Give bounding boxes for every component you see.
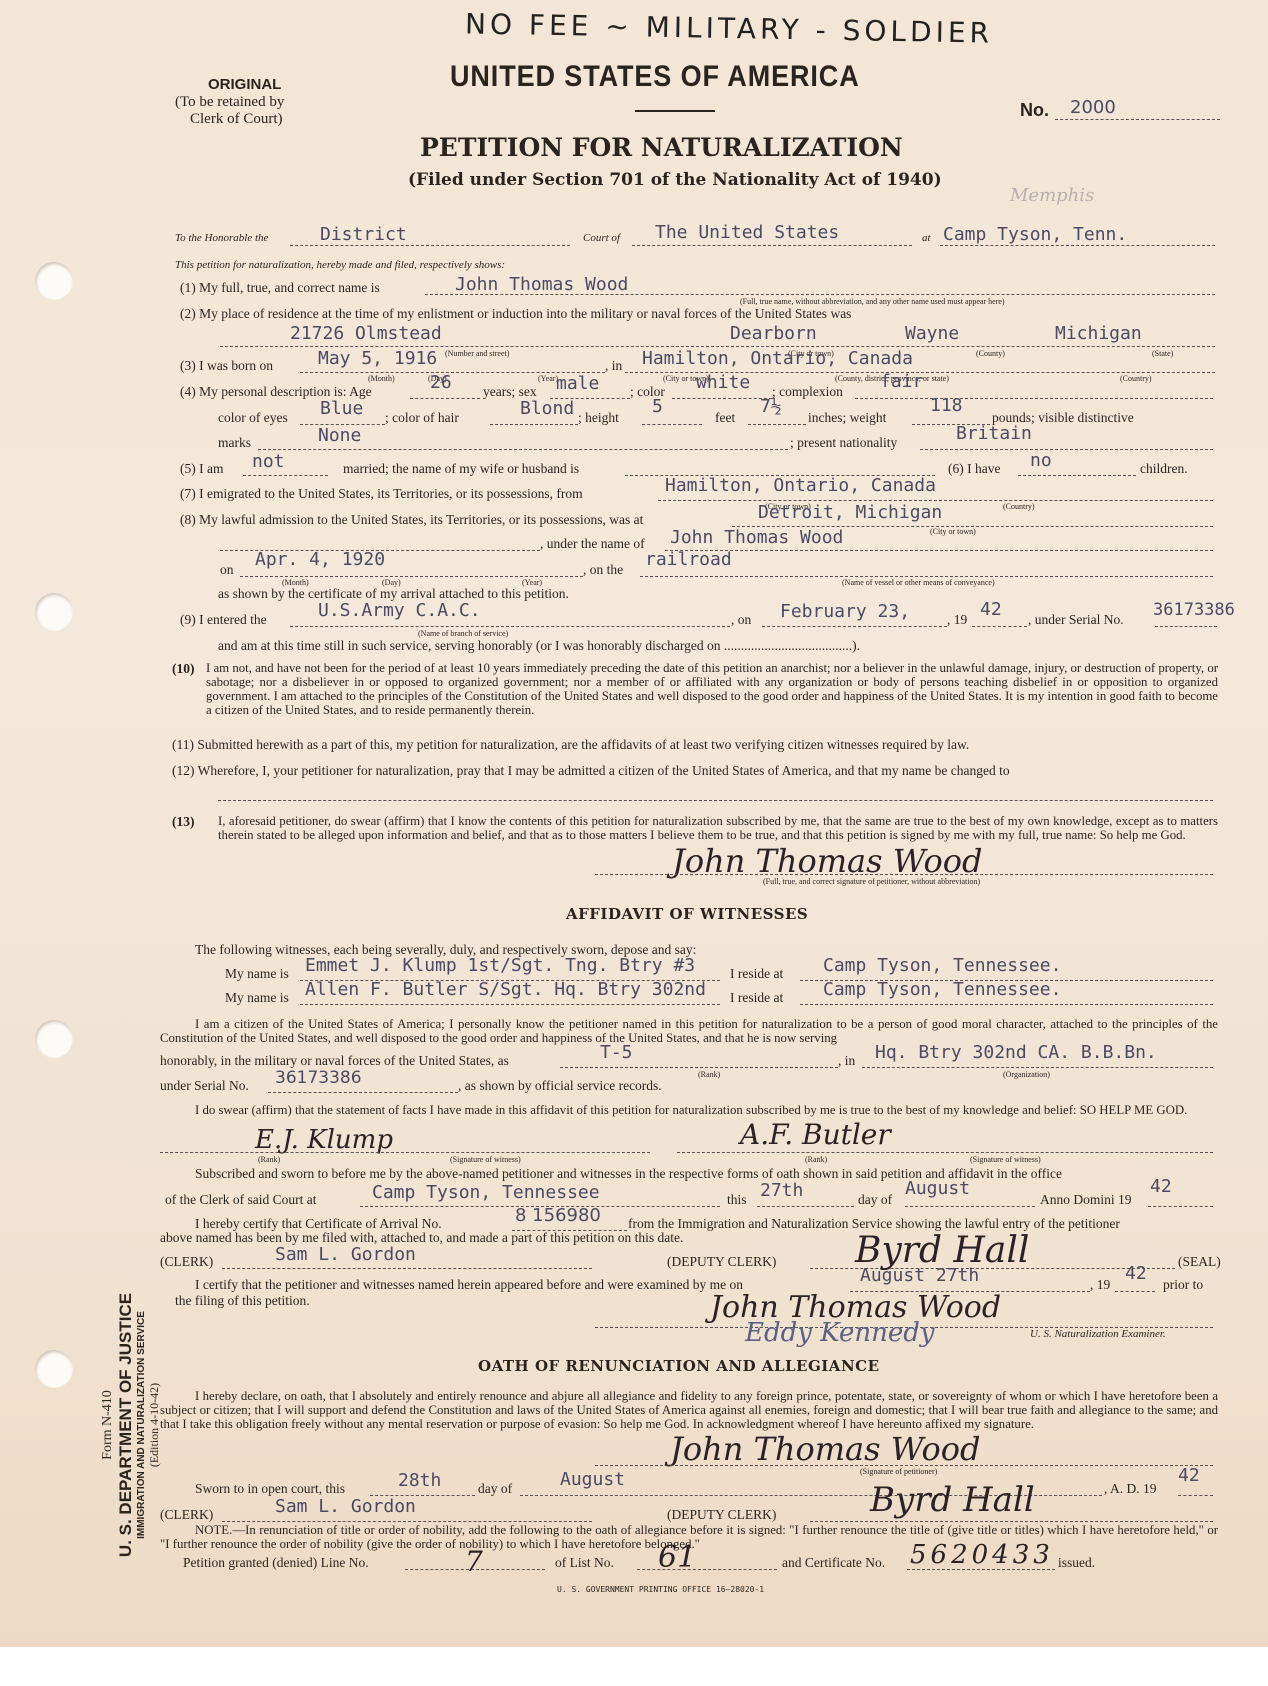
item8-name-line bbox=[665, 550, 1213, 551]
item7-line bbox=[658, 500, 1213, 501]
organization-line bbox=[862, 1067, 1213, 1068]
witness2-signature-line bbox=[677, 1152, 1213, 1153]
witness2-name-label: My name is bbox=[225, 990, 289, 1006]
ad-label: , A. D. 19 bbox=[1104, 1481, 1157, 1497]
on-label: , on bbox=[731, 612, 751, 628]
item8-label: (8) My lawful admission to the United St… bbox=[180, 512, 643, 528]
witness2-reside-label: I reside at bbox=[730, 990, 783, 1006]
examined-date: August 27th bbox=[860, 1265, 979, 1286]
entry-year: 42 bbox=[980, 599, 1002, 620]
witness2-residence: Camp Tyson, Tennessee. bbox=[823, 979, 1061, 1000]
court-of-label: Court of bbox=[583, 232, 620, 244]
month-line bbox=[905, 1206, 1035, 1207]
clerk-label: (CLERK) bbox=[160, 1254, 213, 1270]
issued-label: issued. bbox=[1058, 1555, 1095, 1571]
hint: (Name of vessel or other means of convey… bbox=[842, 578, 995, 587]
witness1-signature-line bbox=[160, 1152, 650, 1153]
serial-line bbox=[1155, 626, 1217, 627]
complexion-label: ; complexion bbox=[772, 384, 843, 400]
punch-hole bbox=[35, 593, 73, 631]
number-label: No. bbox=[1020, 100, 1049, 121]
oath-deputy-signature: Byrd Hall bbox=[870, 1480, 1035, 1520]
oath-signature-line bbox=[595, 1465, 1213, 1466]
residence-state: Michigan bbox=[1055, 323, 1142, 344]
oath-clerk-line bbox=[222, 1521, 592, 1522]
serial-label: , under Serial No. bbox=[1028, 612, 1124, 628]
organization: Hq. Btry 302nd CA. B.B.Bn. bbox=[875, 1042, 1157, 1063]
item6-label: (6) I have bbox=[948, 461, 1000, 477]
witness-swear-text: I do swear (affirm) that the statement o… bbox=[160, 1103, 1218, 1117]
clerk-place: Camp Tyson, Tennessee bbox=[372, 1182, 600, 1203]
witness2-residence-line bbox=[800, 1004, 1213, 1005]
item13-text: I, aforesaid petitioner, do swear (affir… bbox=[218, 814, 1218, 842]
affidavit-serial-label: under Serial No. bbox=[160, 1078, 249, 1094]
prior-to-label: prior to bbox=[1163, 1277, 1203, 1293]
punch-hole bbox=[35, 262, 73, 300]
form-number: Form N-410 bbox=[100, 1260, 116, 1590]
rank: T-5 bbox=[600, 1042, 633, 1063]
age-line bbox=[410, 398, 480, 399]
item3-label: (3) I was born on bbox=[180, 358, 273, 374]
color: white bbox=[696, 372, 750, 393]
residence-street: 21726 Olmstead bbox=[290, 323, 442, 344]
service: IMMIGRATION AND NATURALIZATION SERVICE bbox=[136, 1260, 147, 1590]
affidavit-year: 42 bbox=[1150, 1176, 1172, 1197]
examined-year-line bbox=[1115, 1291, 1155, 1292]
height-label: ; height bbox=[578, 410, 619, 426]
item2-label: (2) My place of residence at the time of… bbox=[180, 306, 851, 322]
punch-hole bbox=[35, 1350, 73, 1388]
oath-day: 28th bbox=[398, 1470, 441, 1491]
item9-label: (9) I entered the bbox=[180, 612, 267, 628]
married-line bbox=[243, 475, 328, 476]
oath-year-line bbox=[1178, 1495, 1213, 1496]
citizen-statement: I am a citizen of the United States of A… bbox=[160, 1017, 1218, 1045]
cert-rest2: above named has been by me filed with, a… bbox=[160, 1230, 683, 1246]
item10-text: I am not, and have not been for the peri… bbox=[206, 661, 1218, 717]
certificate-number: 5620433 bbox=[910, 1540, 1054, 1570]
height-in-line bbox=[748, 424, 806, 425]
oath-clerk-name: Sam L. Gordon bbox=[275, 1496, 416, 1517]
affidavit-serial: 36173386 bbox=[275, 1068, 362, 1088]
service-branch: U.S.Army C.A.C. bbox=[318, 600, 481, 621]
nineteen-label: , 19 bbox=[1090, 1277, 1110, 1293]
list-label: of List No. bbox=[555, 1555, 614, 1571]
height-ft-line bbox=[642, 424, 702, 425]
sworn-label: Sworn to in open court, this bbox=[195, 1481, 345, 1497]
hint: (Signature of witness) bbox=[970, 1155, 1041, 1164]
oath-month: August bbox=[560, 1469, 625, 1490]
present-nationality: Britain bbox=[956, 423, 1032, 444]
entry-date-line bbox=[762, 626, 947, 627]
admission-place: Detroit, Michigan bbox=[758, 502, 942, 523]
children-count: no bbox=[1030, 450, 1052, 471]
original-label: ORIGINAL bbox=[208, 76, 281, 93]
clerk-at-label: of the Clerk of said Court at bbox=[165, 1192, 316, 1208]
country-title: UNITED STATES OF AMERICA bbox=[450, 60, 860, 94]
residence-county: Wayne bbox=[905, 323, 959, 344]
residence-city: Dearborn bbox=[730, 323, 817, 344]
oath-year: 42 bbox=[1178, 1465, 1200, 1486]
filing-label: the filing of this petition. bbox=[175, 1293, 310, 1309]
punch-hole bbox=[35, 1020, 73, 1058]
hair-color: Blond bbox=[520, 398, 574, 419]
clerk-line bbox=[222, 1268, 592, 1269]
affidavit-month: August bbox=[905, 1178, 970, 1199]
hint: (Organization) bbox=[1003, 1070, 1050, 1079]
weight: 118 bbox=[930, 395, 963, 416]
distinctive-marks: None bbox=[318, 425, 361, 446]
admission-name: John Thomas Wood bbox=[670, 527, 843, 548]
height-feet: 5 bbox=[652, 396, 663, 417]
nationality-line bbox=[920, 449, 1213, 450]
hint: (Country) bbox=[1120, 374, 1152, 383]
oath-petitioner-signature: John Thomas Wood bbox=[670, 1430, 980, 1468]
entry-year-line bbox=[972, 626, 1027, 627]
examiner-label: U. S. Naturalization Examiner. bbox=[1030, 1328, 1166, 1340]
marks-label: marks bbox=[218, 435, 251, 451]
petition-number: 2000 bbox=[1070, 97, 1116, 118]
eye-color: Blue bbox=[320, 398, 363, 419]
married-status: not bbox=[252, 451, 285, 472]
children-line bbox=[1018, 475, 1136, 476]
witness1-signature: E.J. Klump bbox=[255, 1125, 393, 1155]
oath-text: I hereby declare, on oath, that I absolu… bbox=[160, 1389, 1218, 1431]
in-label: , in bbox=[838, 1053, 855, 1069]
court-type: District bbox=[320, 224, 407, 245]
court-name: The United States bbox=[655, 222, 839, 243]
vessel-line bbox=[640, 576, 1213, 577]
anno-year-line bbox=[1148, 1206, 1213, 1207]
court-location-line bbox=[940, 245, 1215, 246]
emigrated-from: Hamilton, Ontario, Canada bbox=[665, 475, 936, 496]
petition-intro: This petition for naturalization, hereby… bbox=[175, 259, 505, 271]
department: U. S. DEPARTMENT OF JUSTICE bbox=[116, 1260, 136, 1590]
honorably-label: honorably, in the military or naval forc… bbox=[160, 1053, 509, 1069]
hint: (Signature of petitioner) bbox=[860, 1467, 937, 1476]
admission-date: Apr. 4, 1920 bbox=[255, 549, 385, 570]
sex: male bbox=[556, 373, 599, 394]
hint: (Signature of witness) bbox=[450, 1155, 521, 1164]
day-of-label: day of bbox=[858, 1192, 892, 1208]
granted-label: Petition granted (denied) Line No. bbox=[183, 1555, 369, 1571]
list-number: 61 bbox=[658, 1540, 696, 1575]
admission-date-line bbox=[240, 576, 583, 577]
item1-hint: (Full, true name, without abbreviation, … bbox=[740, 297, 1005, 306]
item12-text: (12) Wherefore, I, your petitioner for n… bbox=[172, 763, 1010, 779]
examined-text: I certify that the petitioner and witnes… bbox=[195, 1277, 743, 1293]
on-label: on bbox=[220, 562, 234, 578]
witness2-name: Allen F. Butler S/Sgt. Hq. Btry 302nd bbox=[305, 979, 706, 1000]
age: 26 bbox=[430, 372, 452, 393]
witness1-residence: Camp Tyson, Tennessee. bbox=[823, 955, 1061, 976]
item2-line bbox=[220, 346, 1215, 347]
oath-deputy-line bbox=[810, 1521, 1213, 1522]
birth-place: Hamilton, Ontario, Canada bbox=[642, 348, 913, 369]
court-type-line bbox=[290, 245, 570, 246]
hint: (Name of branch of service) bbox=[418, 629, 508, 638]
marks-line bbox=[258, 449, 788, 450]
oath-clerk-label: (CLERK) bbox=[160, 1507, 213, 1523]
item6-rest: children. bbox=[1140, 461, 1188, 477]
weight-label: inches; weight bbox=[808, 410, 886, 426]
petitioner-signature-line bbox=[595, 874, 1213, 875]
witness1-reside-label: I reside at bbox=[730, 966, 783, 982]
edition: (Edition 4-10-42) bbox=[147, 1260, 162, 1590]
on-the-label: , on the bbox=[583, 562, 623, 578]
hint: (City or town) bbox=[930, 527, 976, 536]
affidavit-heading: AFFIDAVIT OF WITNESSES bbox=[566, 905, 808, 923]
hair-label: ; color of hair bbox=[385, 410, 459, 426]
branch-line bbox=[290, 626, 730, 627]
item7-label: (7) I emigrated to the United States, it… bbox=[180, 486, 583, 502]
conveyance: railroad bbox=[645, 549, 732, 570]
hint: (Number and street) bbox=[445, 349, 509, 358]
court-to-label: To the Honorable the bbox=[175, 232, 268, 244]
line-number: 7 bbox=[465, 1545, 483, 1578]
hint: (Full, true, and correct signature of pe… bbox=[763, 877, 980, 886]
court-name-line bbox=[632, 245, 912, 246]
name-change-line bbox=[218, 800, 1213, 801]
item10-num: (10) bbox=[172, 661, 195, 677]
serial-rest: , as shown by official service records. bbox=[458, 1078, 662, 1094]
day-line bbox=[757, 1206, 854, 1207]
examined-year: 42 bbox=[1125, 1263, 1147, 1284]
full-name: John Thomas Wood bbox=[455, 274, 628, 295]
cert-arrival-no: 8 156980 bbox=[515, 1205, 601, 1226]
petition-subtitle: (Filed under Section 701 of the National… bbox=[408, 170, 942, 190]
oath-deputy-label: (DEPUTY CLERK) bbox=[667, 1507, 776, 1523]
oath-day-of-label: day of bbox=[478, 1481, 512, 1497]
seal-label: (SEAL) bbox=[1178, 1254, 1221, 1270]
item11-text: (11) Submitted herewith as a part of thi… bbox=[172, 737, 969, 753]
nationality-label: ; present nationality bbox=[790, 435, 897, 451]
entry-date: February 23, bbox=[780, 601, 910, 622]
hair-line bbox=[490, 424, 578, 425]
oath-heading: OATH OF RENUNCIATION AND ALLEGIANCE bbox=[478, 1357, 880, 1375]
number-line bbox=[1055, 119, 1220, 120]
feet-label: feet bbox=[715, 410, 735, 426]
examiner-signature: Eddy Kennedy bbox=[745, 1318, 935, 1348]
item5-label: (5) I am bbox=[180, 461, 223, 477]
item13-num: (13) bbox=[172, 814, 195, 830]
rank-line bbox=[560, 1067, 838, 1068]
hint: (Rank) bbox=[698, 1070, 720, 1079]
anno-label: Anno Domini 19 bbox=[1040, 1192, 1132, 1208]
under-name-label: , under the name of bbox=[540, 536, 645, 552]
height-inches: 7½ bbox=[760, 396, 782, 417]
item5-rest: married; the name of my wife or husband … bbox=[343, 461, 579, 477]
witness2-signature: A.F. Butler bbox=[740, 1118, 891, 1151]
form-identifier: Form N-410 U. S. DEPARTMENT OF JUSTICE I… bbox=[100, 1260, 162, 1590]
color-line bbox=[672, 398, 772, 399]
affidavit-day: 27th bbox=[760, 1180, 803, 1201]
nineteen-label: , 19 bbox=[947, 612, 967, 628]
item9-service: and am at this time still in such servic… bbox=[218, 638, 860, 654]
clerk-name: Sam L. Gordon bbox=[275, 1244, 416, 1265]
court-at-label: at bbox=[922, 232, 931, 244]
hint: (State) bbox=[1152, 349, 1173, 358]
complexion: fair bbox=[880, 371, 923, 392]
hint: (Rank) bbox=[805, 1155, 827, 1164]
eyes-label: color of eyes bbox=[218, 410, 288, 426]
hint: (Country) bbox=[1003, 502, 1035, 511]
birth-date: May 5, 1916 bbox=[318, 348, 437, 369]
original-sub2: Clerk of Court) bbox=[190, 111, 282, 128]
document-page: NO FEE ~ MILITARY - SOLDIER Memphis ORIG… bbox=[0, 0, 1268, 1647]
witness2-name-line bbox=[300, 1004, 720, 1005]
original-sub1: (To be retained by bbox=[175, 94, 284, 111]
deputy-clerk-label: (DEPUTY CLERK) bbox=[667, 1254, 776, 1270]
certificate-label: and Certificate No. bbox=[782, 1555, 885, 1571]
serial-number: 36173386 bbox=[1153, 600, 1235, 620]
witness1-name-label: My name is bbox=[225, 966, 289, 982]
hint: (County) bbox=[976, 349, 1005, 358]
hint: (Month) bbox=[368, 374, 395, 383]
this-label: this bbox=[727, 1192, 747, 1208]
printing-office: U. S. GOVERNMENT PRINTING OFFICE 16—2802… bbox=[557, 1585, 764, 1594]
pencil-annotation: Memphis bbox=[1010, 185, 1094, 206]
affidavit-serial-line bbox=[268, 1092, 458, 1093]
court-location: Camp Tyson, Tenn. bbox=[943, 224, 1127, 245]
in-label: , in bbox=[605, 358, 622, 374]
handwritten-annotation: NO FEE ~ MILITARY - SOLDIER bbox=[465, 7, 994, 49]
complexion-line bbox=[855, 398, 1213, 399]
petition-title: PETITION FOR NATURALIZATION bbox=[420, 133, 903, 162]
witness1-name: Emmet J. Klump 1st/Sgt. Tng. Btry #3 bbox=[305, 955, 695, 976]
item1-label: (1) My full, true, and correct name is bbox=[180, 280, 380, 296]
title-rule bbox=[635, 110, 715, 112]
hint: (Rank) bbox=[258, 1155, 280, 1164]
